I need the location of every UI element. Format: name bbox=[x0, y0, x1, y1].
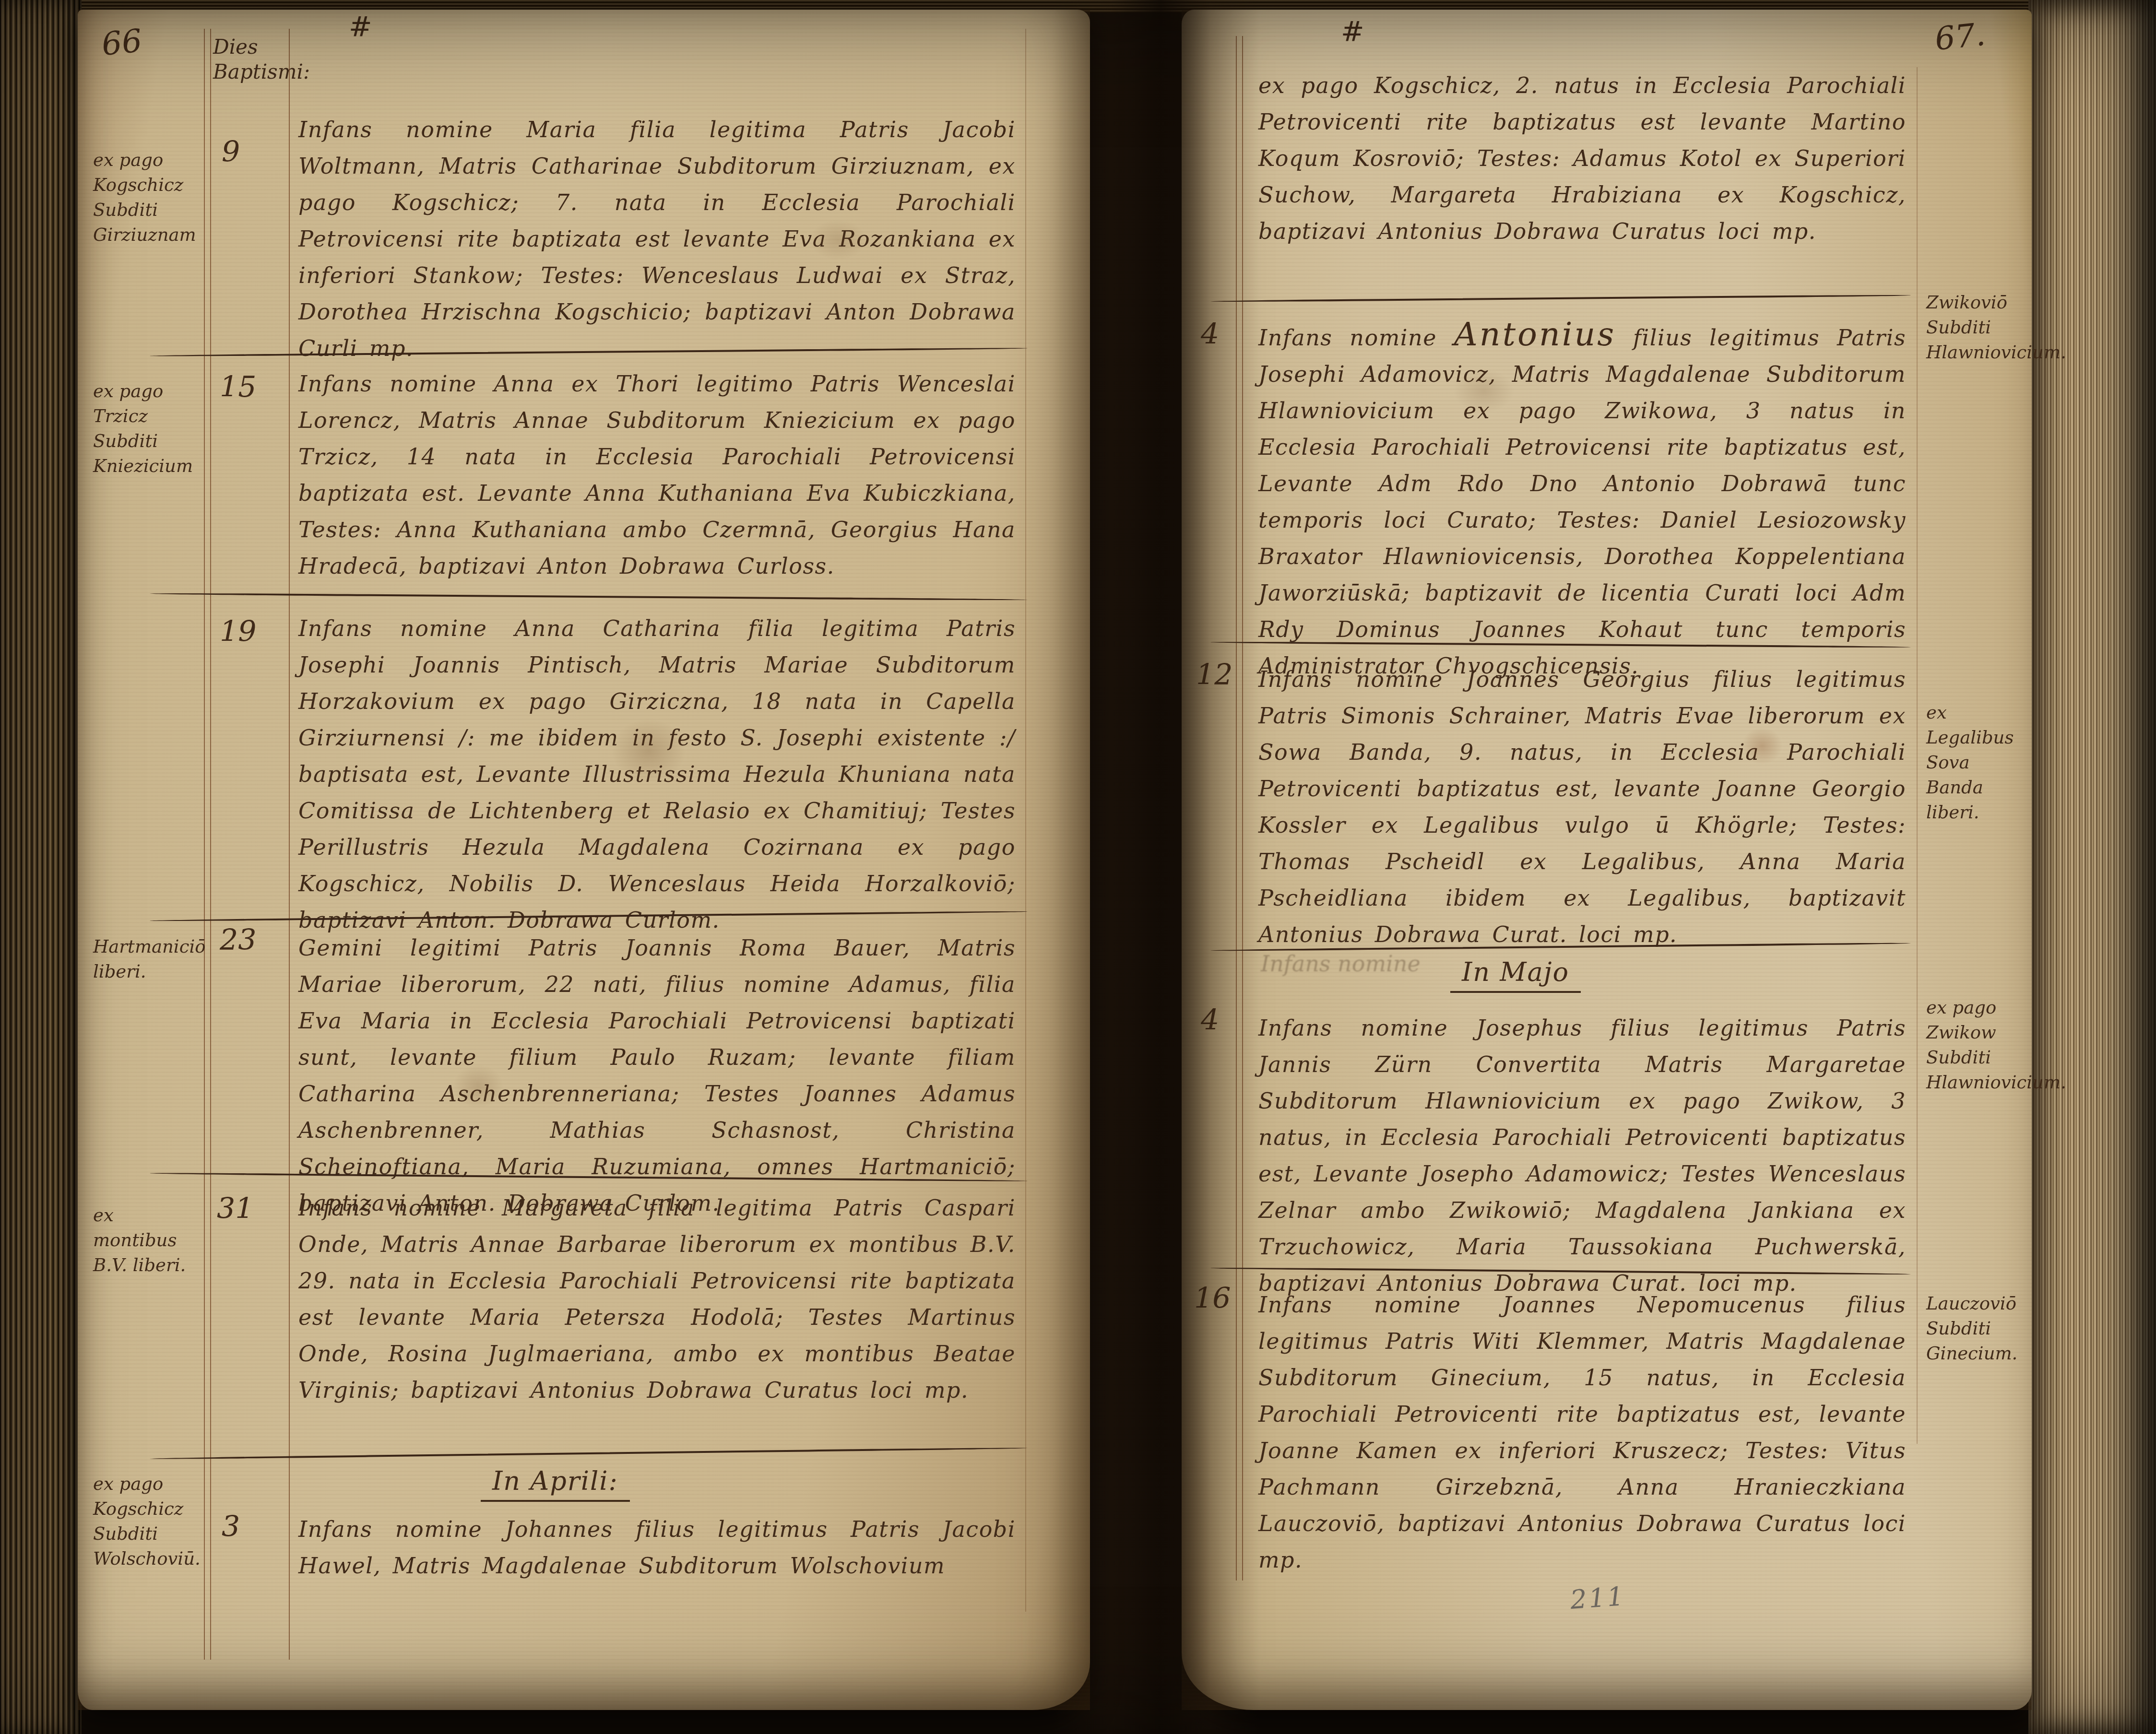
entry-margin-note: Hartmaniciō liberi. bbox=[93, 934, 199, 984]
page-edges-right bbox=[2028, 0, 2156, 1734]
right-page: 67. # ex pago Kogschicz, 2. natus in Ecc… bbox=[1182, 10, 2032, 1710]
entry-margin-note: ex montibus B.V. liberi. bbox=[93, 1203, 199, 1278]
photo-of-open-baptism-register: { "book": { "left_page": { "page_number"… bbox=[0, 0, 2156, 1734]
baptism-entry-text: Infans nomine Margareta filia legitima P… bbox=[298, 1190, 1016, 1408]
ghost-overwritten-text: Infans nomine bbox=[1261, 951, 1421, 977]
baptism-entry-text: Infans nomine Antonius filius legitimus … bbox=[1258, 317, 1906, 684]
entry-continuation-text: ex pago Kogschicz, 2. natus in Ecclesia … bbox=[1258, 67, 1906, 249]
entry-day: 3 bbox=[222, 1510, 240, 1544]
baptism-entry-text: Infans nomine Joannes Georgius filius le… bbox=[1258, 661, 1906, 953]
column-rule bbox=[204, 29, 205, 1660]
entry-separator-line bbox=[150, 1447, 1028, 1460]
entry-margin-note: ex pago Kogschicz Subditi Wolschoviū. bbox=[93, 1472, 199, 1571]
entry-text-after: filius legitimus Patris Josephi Adamovic… bbox=[1258, 325, 1906, 679]
entry-day: 12 bbox=[1196, 658, 1232, 692]
baptized-name-antonius: Antonius bbox=[1454, 316, 1616, 354]
page-number-right: 67. bbox=[1933, 16, 1987, 58]
entry-day: 4 bbox=[1201, 1003, 1219, 1037]
entry-day: 15 bbox=[220, 370, 256, 404]
entry-separator-line bbox=[1210, 295, 1911, 303]
ink-mark-top-right: # bbox=[1341, 15, 1364, 48]
column-rule bbox=[1917, 67, 1918, 1444]
baptism-entry-text: Infans nomine Joannes Nepomucenus filius… bbox=[1258, 1286, 1906, 1578]
entry-day: 16 bbox=[1194, 1282, 1231, 1315]
entry-separator-line bbox=[150, 593, 1028, 601]
baptism-entry-text: Infans nomine Johannes filius legitimus … bbox=[298, 1511, 1016, 1584]
entry-margin-note: ex pago Trzicz Subditi Kniezicium bbox=[93, 379, 199, 479]
entry-text-before: Infans nomine bbox=[1258, 325, 1454, 351]
baptism-entry-text: Infans nomine Maria filia legitima Patri… bbox=[298, 111, 1016, 366]
column-rule bbox=[289, 29, 290, 1660]
column-rule bbox=[1025, 29, 1026, 1612]
entry-margin-note: Zwikoviō Subditi Hlawniovicium. bbox=[1926, 290, 2027, 365]
page-number-left: 66 bbox=[100, 22, 144, 63]
column-rule bbox=[210, 29, 211, 1660]
entry-day: 23 bbox=[220, 923, 256, 957]
entry-margin-note: ex pago Zwikow Subditi Hlawniovicium. bbox=[1926, 995, 2027, 1095]
entry-day: 31 bbox=[217, 1192, 253, 1226]
entry-margin-note: ex pago Kogschicz Subditi Girziuznam bbox=[93, 148, 199, 248]
entry-margin-note: ex Legalibus Sova Banda liberi. bbox=[1926, 700, 2027, 825]
baptism-entry-text: Infans nomine Anna Catharina filia legit… bbox=[298, 610, 1016, 938]
entry-margin-note: Lauczoviō Subditi Ginecium. bbox=[1926, 1291, 2027, 1366]
ink-mark-top-left: # bbox=[349, 11, 372, 43]
baptism-entry-text: Infans nomine Josephus filius legitimus … bbox=[1258, 1010, 1906, 1301]
entry-day: 4 bbox=[1201, 318, 1219, 351]
column-header-dies-baptismi: Dies Baptismi: bbox=[213, 35, 304, 84]
pencil-folio-number: 211 bbox=[1569, 1581, 1626, 1615]
column-rule bbox=[1236, 36, 1237, 1581]
page-edges-left bbox=[0, 0, 82, 1734]
column-rule bbox=[1242, 36, 1243, 1581]
baptism-entry-text: Infans nomine Anna ex Thori legitimo Pat… bbox=[298, 366, 1016, 584]
entry-day: 9 bbox=[222, 135, 240, 169]
left-page: 66 # Dies Baptismi: ex pago Kogschicz Su… bbox=[78, 10, 1090, 1710]
section-header-in-majo: In Majo bbox=[1450, 957, 1581, 993]
section-header-in-aprili: In Aprili: bbox=[481, 1466, 630, 1502]
entry-day: 19 bbox=[220, 615, 256, 649]
